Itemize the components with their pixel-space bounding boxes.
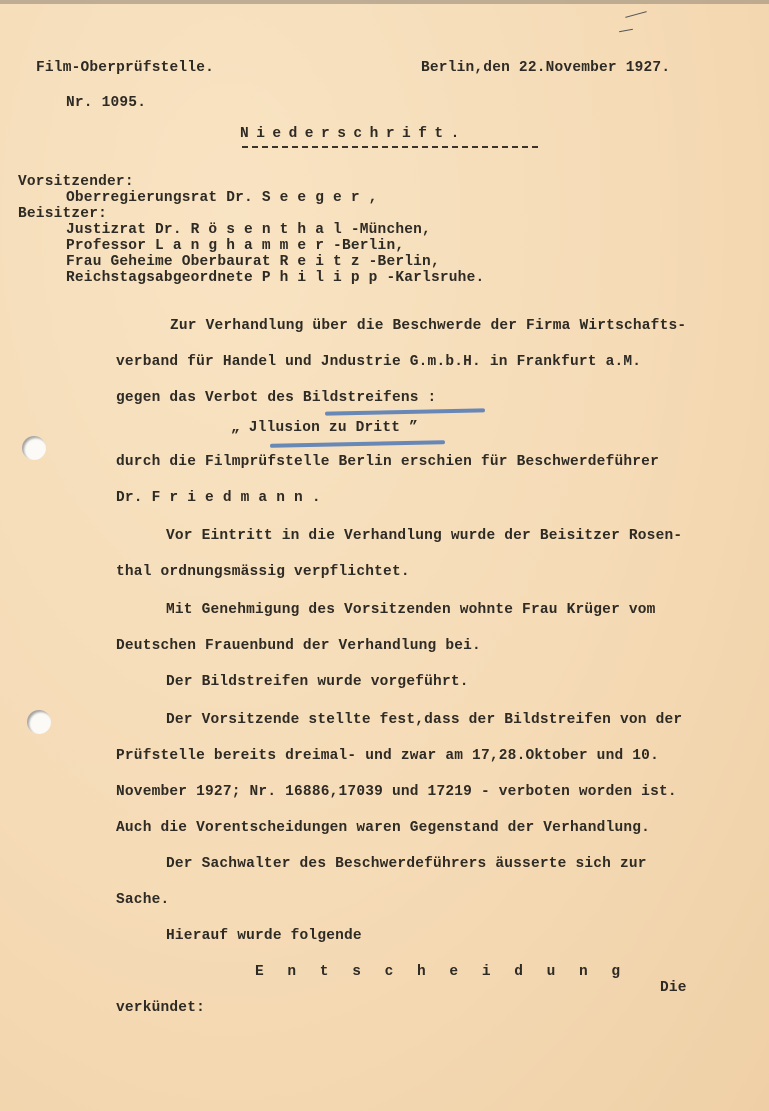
page-top-edge xyxy=(0,0,769,4)
decision-heading: E n t s c h e i d u n g xyxy=(255,964,628,980)
attorney-name: Dr. F r i e d m a n n . xyxy=(116,490,321,506)
film-title: „ Jllusion zu Dritt ” xyxy=(231,420,418,436)
body-line-9: Mit Genehmigung des Vorsitzenden wohnte … xyxy=(166,602,656,618)
pencil-mark-top xyxy=(625,11,647,18)
body-line-10: Deutschen Frauenbund der Verhandlung bei… xyxy=(116,638,481,654)
body-line-2: verband für Handel und Jndustrie G.m.b.H… xyxy=(116,354,641,370)
body-line-18: Hierauf wurde folgende xyxy=(166,928,362,944)
body-line-5: durch die Filmprüfstelle Berlin erschien… xyxy=(116,454,659,470)
body-line-11: Der Bildstreifen wurde vorgeführt. xyxy=(166,674,469,690)
assessors-label: Beisitzer: xyxy=(18,206,107,222)
body-line-14: November 1927; Nr. 16886,17039 und 17219… xyxy=(116,784,677,800)
body-line-12: Der Vorsitzende stellte fest,dass der Bi… xyxy=(166,712,682,728)
pencil-mark-bottom xyxy=(619,29,633,32)
punch-hole-lower xyxy=(27,710,51,734)
blue-pencil-mark-lower xyxy=(270,440,445,448)
assessor-4: Reichstagsabgeordnete P h i l i p p -Kar… xyxy=(66,270,484,286)
body-line-7: Vor Eintritt in die Verhandlung wurde de… xyxy=(166,528,682,544)
body-line-15: Auch die Vorentscheidungen waren Gegenst… xyxy=(116,820,650,836)
office-name: Film-Oberprüfstelle. xyxy=(36,60,214,76)
body-line-20: verkündet: xyxy=(116,1000,205,1016)
blue-pencil-mark-upper xyxy=(325,408,485,415)
body-line-1: Zur Verhandlung über die Beschwerde der … xyxy=(170,318,686,334)
assessor-3: Frau Geheime Oberbaurat R e i t z -Berli… xyxy=(66,254,440,270)
title-underline xyxy=(242,146,538,148)
chair-label: Vorsitzender: xyxy=(18,174,134,191)
body-line-13: Prüfstelle bereits dreimal- und zwar am … xyxy=(116,748,659,764)
punch-hole-upper xyxy=(22,436,46,460)
record-number: Nr. 1095. xyxy=(66,95,146,111)
document-title: Niederschrift. xyxy=(240,126,467,142)
assessor-2: Professor L a n g h a m m e r -Berlin, xyxy=(66,238,404,254)
catchword: Die xyxy=(660,980,687,996)
place-date: Berlin,den 22.November 1927. xyxy=(421,60,670,76)
assessor-1: Justizrat Dr. R ö s e n t h a l -München… xyxy=(66,222,431,238)
document-page: Film-Oberprüfstelle. Berlin,den 22.Novem… xyxy=(0,0,769,1111)
body-line-3: gegen das Verbot des Bildstreifens : xyxy=(116,390,436,406)
body-line-8: thal ordnungsmässig verpflichtet. xyxy=(116,564,410,580)
body-line-16: Der Sachwalter des Beschwerdeführers äus… xyxy=(166,856,647,872)
body-line-17: Sache. xyxy=(116,892,169,908)
chair-name: Oberregierungsrat Dr. S e e g e r , xyxy=(66,190,378,206)
